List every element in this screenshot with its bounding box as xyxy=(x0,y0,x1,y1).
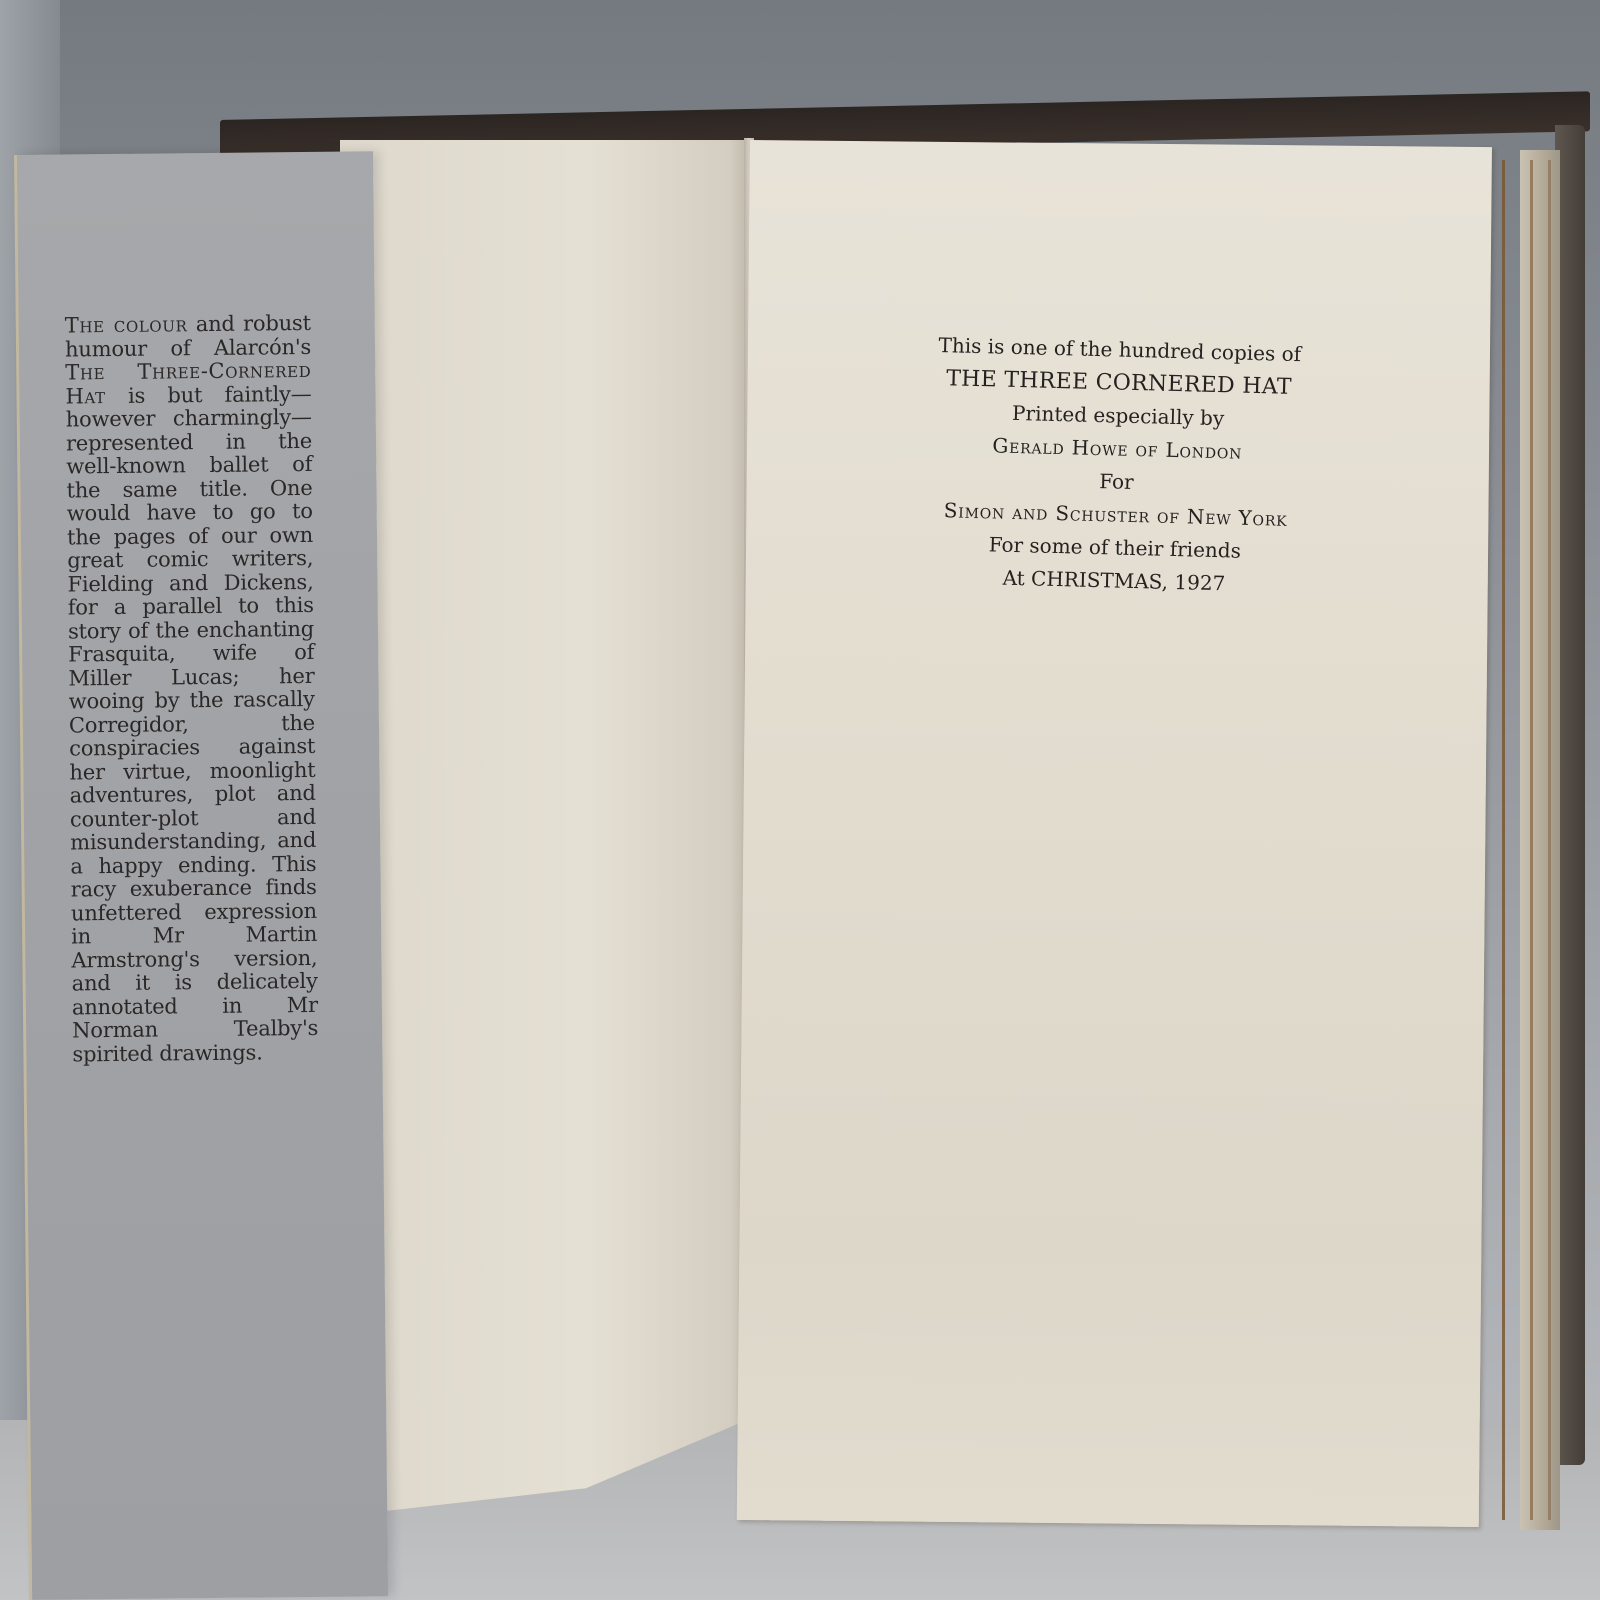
page-block-fore-edge xyxy=(1520,150,1560,1530)
blurb-text-2: is but faintly—however charmingly—repres… xyxy=(66,381,319,1066)
right-page-colophon: This is one of the hundred copies of THE… xyxy=(737,140,1492,1527)
blurb-lead: The colour xyxy=(65,312,188,337)
jacket-blurb: The colour and robust humour of Alarcón'… xyxy=(65,312,319,1067)
limitation-statement: This is one of the hundred copies of THE… xyxy=(884,328,1351,604)
left-blank-page xyxy=(340,140,750,1530)
deckle-edge-line xyxy=(1548,160,1551,1520)
deckle-edge-line xyxy=(1502,160,1505,1520)
dust-jacket-flap: The colour and robust humour of Alarcón'… xyxy=(14,151,388,1600)
deckle-edge-line xyxy=(1530,160,1533,1520)
